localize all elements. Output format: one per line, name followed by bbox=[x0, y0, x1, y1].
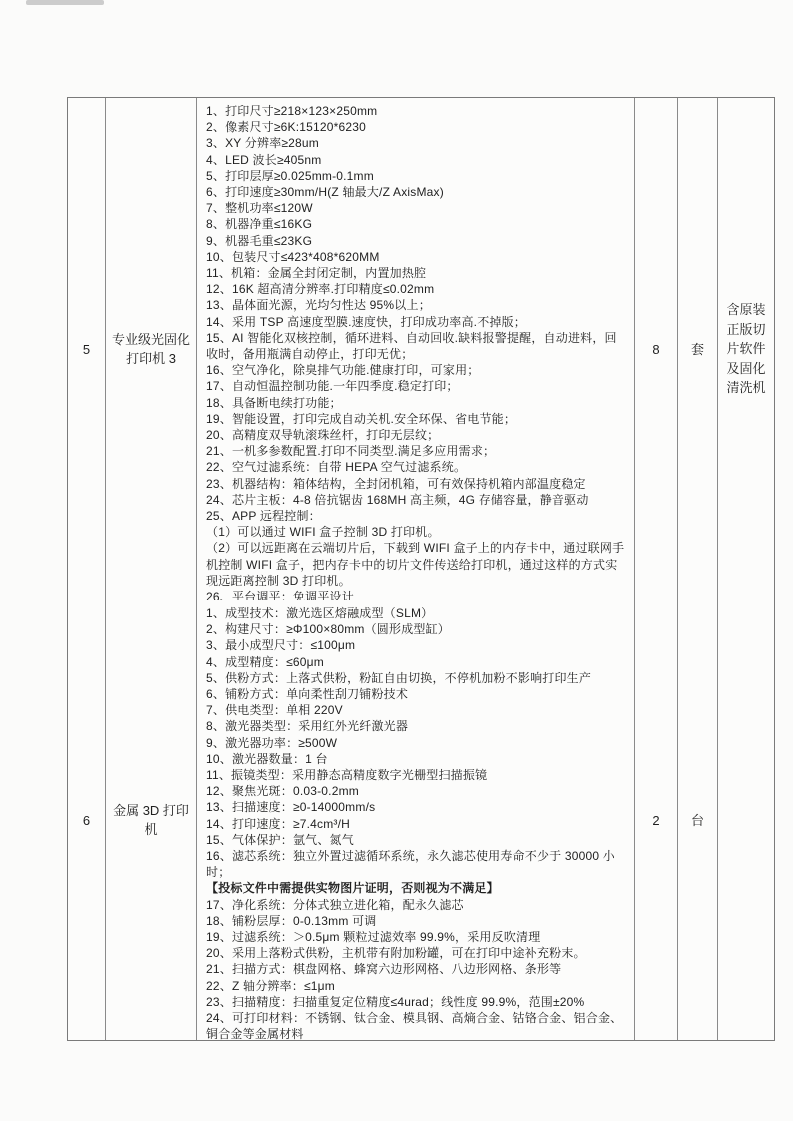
remark-cell bbox=[718, 600, 774, 1040]
spec-line: （2）可以远距离在云端切片后，下载到 WIFI 盒子上的内存卡中，通过联网手机控… bbox=[206, 540, 628, 589]
unit-cell: 套 bbox=[678, 98, 718, 600]
spec-line: 23、机器结构：箱体结构，全封闭机箱，可有效保持机箱内部温度稳定 bbox=[206, 476, 628, 492]
spec-line: 21、一机多参数配置.打印不同类型.满足多应用需求； bbox=[206, 443, 628, 459]
spec-line: 22、Z 轴分辨率：≤1μm bbox=[206, 978, 628, 994]
spec-line: 24、可打印材料：不锈钢、钛合金、模具钢、高熵合金、钴铬合金、铝合金、铜合金等金… bbox=[206, 1010, 628, 1040]
spec-line: 13、晶体面光源，光均匀性达 95%以上； bbox=[206, 297, 628, 313]
spec-line: 25、APP 远程控制： bbox=[206, 508, 628, 524]
spec-line: 13、扫描速度：≥0-14000mm/s bbox=[206, 799, 628, 815]
row-index: 5 bbox=[83, 340, 90, 359]
spec-line: 17、自动恒温控制功能.一年四季度.稳定打印； bbox=[206, 378, 628, 394]
item-name: 专业级光固化打印机 3 bbox=[110, 330, 192, 368]
spec-line: 26、平台调平：免调平设计 bbox=[206, 589, 628, 600]
spec-line: 18、具备断电续打功能； bbox=[206, 395, 628, 411]
unit-value: 台 bbox=[691, 811, 704, 830]
quantity-cell: 2 bbox=[635, 600, 678, 1040]
spec-line: 23、扫描精度：扫描重复定位精度≤4urad；线性度 99.9%，范围±20% bbox=[206, 994, 628, 1010]
spec-line: 8、激光器类型：采用红外光纤激光器 bbox=[206, 718, 628, 734]
quantity-value: 2 bbox=[652, 811, 659, 830]
spec-line: 7、整机功率≤120W bbox=[206, 200, 628, 216]
specs-cell: 1、打印尺寸≥218×123×250mm2、像素尺寸≥6K:15120*6230… bbox=[197, 98, 635, 600]
row-index-cell: 6 bbox=[68, 600, 106, 1040]
spec-line: 9、激光器功率：≥500W bbox=[206, 735, 628, 751]
spec-line: 18、铺粉层厚：0-0.13mm 可调 bbox=[206, 913, 628, 929]
spec-line: 【投标文件中需提供实物图片证明，否则视为不满足】 bbox=[206, 880, 628, 896]
spec-line: 24、芯片主板：4-8 倍抗锯齿 168MH 高主频，4G 存储容量，静音驱动 bbox=[206, 492, 628, 508]
spec-line: 6、铺粉方式：单向柔性刮刀铺粉技术 bbox=[206, 686, 628, 702]
spec-line: 19、智能设置，打印完成自动关机.安全环保、省电节能； bbox=[206, 411, 628, 427]
spec-line: 20、高精度双导轨滚珠丝杆，打印无层纹； bbox=[206, 427, 628, 443]
spec-line: 20、采用上落粉式供粉，主机带有附加粉罐，可在打印中途补充粉末。 bbox=[206, 945, 628, 961]
spec-line: （1）可以通过 WIFI 盒子控制 3D 打印机。 bbox=[206, 524, 628, 540]
spec-line: 6、打印速度≥30mm/H(Z 轴最大/Z AxisMax) bbox=[206, 184, 628, 200]
spec-line: 11、机箱：金属全封闭定制，内置加热腔 bbox=[206, 265, 628, 281]
spec-line: 3、XY 分辨率≥28um bbox=[206, 135, 628, 151]
row-index-cell: 5 bbox=[68, 98, 106, 600]
spec-line: 2、构建尺寸：≥Φ100×80mm（圆形成型缸） bbox=[206, 621, 628, 637]
quantity-value: 8 bbox=[652, 340, 659, 359]
spec-line: 8、机器净重≤16KG bbox=[206, 216, 628, 232]
spec-line: 2、像素尺寸≥6K:15120*6230 bbox=[206, 119, 628, 135]
spec-line: 11、振镜类型：采用静态高精度数字光栅型扫描振镜 bbox=[206, 767, 628, 783]
unit-value: 套 bbox=[691, 340, 704, 359]
spec-line: 16、滤芯系统：独立外置过滤循环系统，永久滤芯使用寿命不少于 30000 小时； bbox=[206, 848, 628, 880]
remark-cell: 含原装正版切片软件及固化清洗机 bbox=[718, 98, 774, 600]
remark-text: 含原装正版切片软件及固化清洗机 bbox=[725, 300, 767, 398]
spec-line: 12、16K 超高清分辨率.打印精度≤0.02mm bbox=[206, 281, 628, 297]
spec-line: 14、采用 TSP 高速度型膜.速度快，打印成功率高.不掉版； bbox=[206, 314, 628, 330]
spec-line: 12、聚焦光斑：0.03-0.2mm bbox=[206, 783, 628, 799]
scanned-document-page: { "table": { "rows": [ { "index": "5", "… bbox=[0, 0, 793, 1121]
quantity-cell: 8 bbox=[635, 98, 678, 600]
spec-line: 14、打印速度：≥7.4cm³/H bbox=[206, 816, 628, 832]
item-name-cell: 金属 3D 打印机 bbox=[106, 600, 197, 1040]
item-name: 金属 3D 打印机 bbox=[110, 801, 192, 839]
spec-line: 15、气体保护：氩气、氮气 bbox=[206, 832, 628, 848]
specs-cell: 1、成型技术：激光选区熔融成型（SLM）2、构建尺寸：≥Φ100×80mm（圆形… bbox=[197, 600, 635, 1040]
spec-line: 5、打印层厚≥0.025mm-0.1mm bbox=[206, 168, 628, 184]
spec-line: 7、供电类型：单相 220V bbox=[206, 702, 628, 718]
spec-line: 21、扫描方式：棋盘网格、蜂窝六边形网格、八边形网格、条形等 bbox=[206, 961, 628, 977]
spec-line: 4、成型精度：≤60μm bbox=[206, 654, 628, 670]
spec-line: 19、过滤系统：＞0.5μm 颗粒过滤效率 99.9%，采用反吹清理 bbox=[206, 929, 628, 945]
spec-line: 5、供粉方式：上落式供粉，粉缸自由切换，不停机加粉不影响打印生产 bbox=[206, 670, 628, 686]
row-index: 6 bbox=[83, 811, 90, 830]
scan-artifact-mark bbox=[26, 0, 104, 5]
equipment-spec-table: 5 专业级光固化打印机 3 1、打印尺寸≥218×123×250mm2、像素尺寸… bbox=[67, 97, 775, 1041]
spec-line: 15、AI 智能化双核控制，循环进料、自动回收.缺料报警提醒，自动进料，回收时，… bbox=[206, 330, 628, 362]
spec-line: 1、成型技术：激光选区熔融成型（SLM） bbox=[206, 605, 628, 621]
spec-line: 10、包装尺寸≤423*408*620MM bbox=[206, 249, 628, 265]
spec-line: 1、打印尺寸≥218×123×250mm bbox=[206, 103, 628, 119]
spec-line: 16、空气净化，除臭排气功能.健康打印，可家用； bbox=[206, 362, 628, 378]
spec-line: 22、空气过滤系统：自带 HEPA 空气过滤系统。 bbox=[206, 459, 628, 475]
spec-line: 3、最小成型尺寸：≤100μm bbox=[206, 637, 628, 653]
spec-line: 4、LED 波长≥405nm bbox=[206, 152, 628, 168]
item-name-cell: 专业级光固化打印机 3 bbox=[106, 98, 197, 600]
spec-line: 17、净化系统：分体式独立进化箱，配永久滤芯 bbox=[206, 897, 628, 913]
spec-line: 10、激光器数量：1 台 bbox=[206, 751, 628, 767]
unit-cell: 台 bbox=[678, 600, 718, 1040]
spec-line: 9、机器毛重≤23KG bbox=[206, 233, 628, 249]
